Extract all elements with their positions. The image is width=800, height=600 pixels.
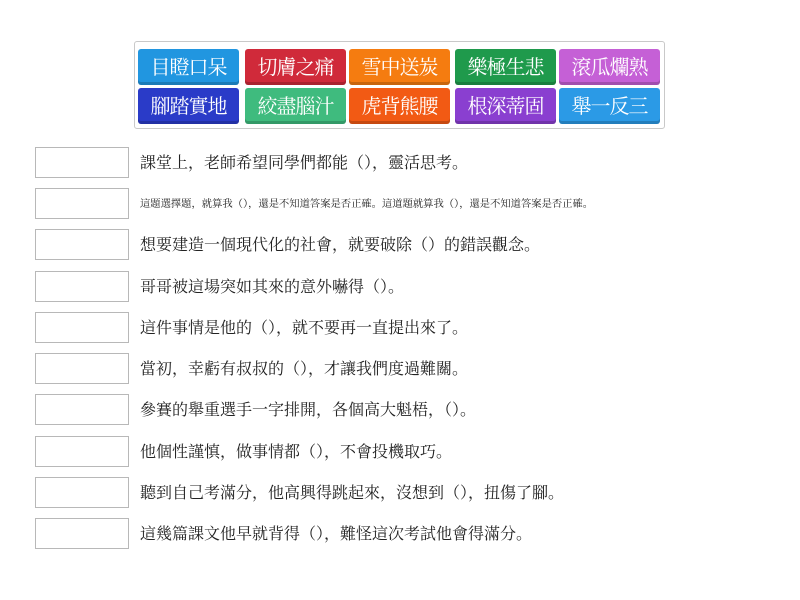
tile-1[interactable]: 切膚之痛 <box>245 49 346 85</box>
answer-drop-zone[interactable] <box>35 147 129 178</box>
answer-drop-zone[interactable] <box>35 353 129 384</box>
question-row: 這題選擇題，就算我（），還是不知道答案是否正確。這道題就算我（），還是不知道答案… <box>0 187 800 223</box>
question-text: 哥哥被這場突如其來的意外嚇得（）。 <box>140 270 404 304</box>
question-text: 課堂上，老師希望同學們都能（），靈活思考。 <box>140 146 468 180</box>
tile-9[interactable]: 舉一反三 <box>559 88 660 124</box>
tile-8[interactable]: 根深蒂固 <box>455 88 556 124</box>
tile-4[interactable]: 滾瓜爛熟 <box>559 49 660 85</box>
question-row: 課堂上，老師希望同學們都能（），靈活思考。 <box>0 146 800 182</box>
question-row: 想要建造一個現代化的社會，就要破除（）的錯誤觀念。 <box>0 228 800 264</box>
answer-drop-zone[interactable] <box>35 229 129 260</box>
question-text: 想要建造一個現代化的社會，就要破除（）的錯誤觀念。 <box>140 228 540 262</box>
answer-drop-zone[interactable] <box>35 312 129 343</box>
question-text: 這幾篇課文他早就背得（），難怪這次考試他會得滿分。 <box>140 517 532 551</box>
question-row: 當初，幸虧有叔叔的（），才讓我們度過難關。 <box>0 352 800 388</box>
question-row: 哥哥被這場突如其來的意外嚇得（）。 <box>0 270 800 306</box>
tile-6[interactable]: 絞盡腦汁 <box>245 88 346 124</box>
question-text: 當初，幸虧有叔叔的（），才讓我們度過難關。 <box>140 352 468 386</box>
tile-0[interactable]: 目瞪口呆 <box>138 49 239 85</box>
tile-7[interactable]: 虎背熊腰 <box>349 88 450 124</box>
question-text: 他個性謹慎，做事情都（），不會投機取巧。 <box>140 435 452 469</box>
question-text: 這題選擇題，就算我（），還是不知道答案是否正確。這道題就算我（），還是不知道答案… <box>140 187 593 221</box>
tile-3[interactable]: 樂極生悲 <box>455 49 556 85</box>
answer-drop-zone[interactable] <box>35 188 129 219</box>
answer-drop-zone[interactable] <box>35 518 129 549</box>
question-row: 他個性謹慎，做事情都（），不會投機取巧。 <box>0 435 800 471</box>
question-text: 聽到自己考滿分，他高興得跳起來，沒想到（），扭傷了腳。 <box>140 476 564 510</box>
tile-2[interactable]: 雪中送炭 <box>349 49 450 85</box>
question-row: 這幾篇課文他早就背得（），難怪這次考試他會得滿分。 <box>0 517 800 553</box>
question-row: 聽到自己考滿分，他高興得跳起來，沒想到（），扭傷了腳。 <box>0 476 800 512</box>
answer-drop-zone[interactable] <box>35 477 129 508</box>
question-row: 這件事情是他的（），就不要再一直提出來了。 <box>0 311 800 347</box>
question-text: 這件事情是他的（），就不要再一直提出來了。 <box>140 311 468 345</box>
word-bank: 目瞪口呆 切膚之痛 雪中送炭 樂極生悲 滾瓜爛熟 腳踏實地 絞盡腦汁 虎背熊腰 … <box>134 41 665 129</box>
tile-5[interactable]: 腳踏實地 <box>138 88 239 124</box>
answer-drop-zone[interactable] <box>35 436 129 467</box>
answer-drop-zone[interactable] <box>35 394 129 425</box>
question-text: 參賽的舉重選手一字排開，各個高大魁梧，（）。 <box>140 393 476 427</box>
question-row: 參賽的舉重選手一字排開，各個高大魁梧，（）。 <box>0 393 800 429</box>
answer-drop-zone[interactable] <box>35 271 129 302</box>
